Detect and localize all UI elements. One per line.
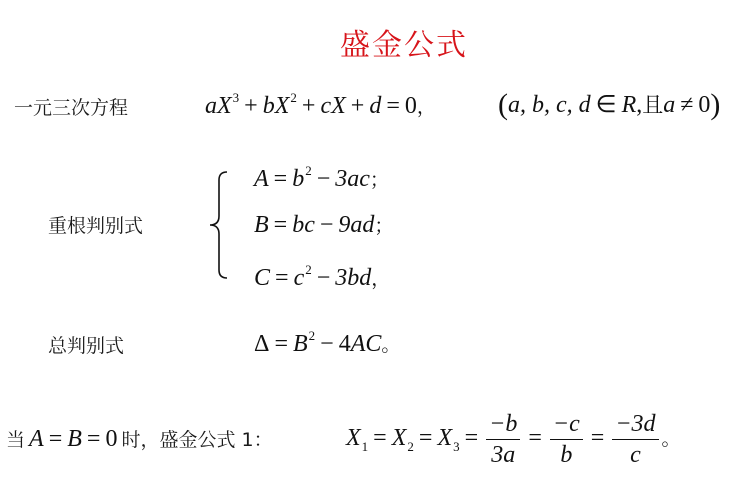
var-x: X — [331, 93, 346, 119]
power-3: 3 — [233, 90, 240, 105]
repeated-root-discriminant-label: 重根判别式 — [48, 211, 143, 238]
minus: − — [320, 331, 334, 357]
discriminant-a: A=b2−3ac； — [254, 163, 389, 193]
discriminant-b: B=bc−9ad； — [254, 211, 393, 239]
subscript: 3 — [453, 439, 460, 454]
root: X — [437, 425, 452, 451]
lhs: C — [254, 265, 270, 291]
var-x: X — [275, 93, 290, 119]
close-paren: ) — [710, 88, 720, 121]
term: bc — [292, 212, 315, 238]
exponent: 2 — [309, 328, 316, 343]
subscript: 1 — [362, 439, 369, 454]
numerator: −3d — [612, 410, 658, 440]
punct: 。 — [381, 334, 400, 356]
punct: ； — [374, 215, 393, 237]
punct: 。 — [662, 428, 681, 450]
minus: − — [317, 166, 331, 192]
lhs: A — [254, 166, 269, 192]
total-discriminant-formula: Δ=B2−4AC。 — [254, 328, 400, 358]
lhs: B — [254, 212, 269, 238]
var-b: B — [67, 426, 82, 452]
delta-symbol: Δ — [254, 331, 269, 357]
four: 4 — [339, 331, 351, 357]
punct: ； — [370, 169, 389, 191]
fraction: −b3a — [486, 410, 520, 469]
term: c — [294, 265, 305, 291]
zero: 0 — [105, 426, 117, 452]
denominator: 3a — [491, 440, 515, 469]
discriminant-c: C=c2−3bd， — [254, 262, 390, 292]
var-x: X — [217, 93, 232, 119]
var-a: A — [29, 426, 44, 452]
fraction: −cb — [550, 410, 583, 469]
minus: − — [320, 212, 334, 238]
exponent: 2 — [305, 262, 312, 277]
punct: ， — [371, 268, 390, 290]
shengjin-formula-1: X1=X2=X3=−b3a=−cb=−3dc。 — [346, 410, 681, 469]
denominator: b — [560, 440, 572, 469]
const-d: d — [369, 93, 381, 119]
element-of-symbol: ∈ — [596, 92, 617, 118]
rhs-zero: 0 — [405, 93, 417, 119]
formula1-condition: 当 A=B=0 时，盛金公式 1： — [6, 425, 273, 453]
coef-c: c — [320, 93, 331, 119]
term: 3bd — [335, 265, 371, 291]
coefficient-condition: (a, b, c, d∈R,且a≠0) — [498, 88, 720, 122]
numerator: −c — [550, 410, 583, 440]
not-equal-symbol: ≠ — [680, 92, 693, 118]
and-word: 且 — [642, 93, 663, 117]
var-a: a — [663, 92, 675, 118]
real-set: R — [622, 92, 637, 118]
condition-vars: a, b, c, d — [508, 92, 591, 118]
open-paren: ( — [498, 88, 508, 121]
left-brace-icon — [205, 170, 233, 280]
power-2: 2 — [290, 90, 297, 105]
term: 3ac — [335, 166, 370, 192]
fraction: −3dc — [612, 410, 658, 469]
total-discriminant-label: 总判别式 — [48, 331, 124, 358]
numerator: −b — [486, 410, 520, 440]
page-title: 盛金公式 — [340, 20, 468, 64]
coef-a: a — [205, 93, 217, 119]
comma: ， — [417, 96, 436, 118]
suffix: 时，盛金公式 1： — [121, 429, 272, 451]
cubic-equation: aX3+bX2+cX+d=0， — [205, 90, 436, 120]
root: X — [346, 425, 361, 451]
cubic-equation-label: 一元三次方程 — [14, 93, 128, 120]
term: AC — [351, 331, 382, 357]
denominator: c — [630, 440, 641, 469]
subscript: 2 — [407, 439, 414, 454]
exponent: 2 — [305, 163, 312, 178]
term: b — [292, 166, 304, 192]
term: 9ad — [338, 212, 374, 238]
term: B — [293, 331, 308, 357]
minus: − — [317, 265, 331, 291]
coef-b: b — [263, 93, 275, 119]
root: X — [392, 425, 407, 451]
zero: 0 — [698, 92, 710, 118]
prefix: 当 — [6, 429, 25, 451]
